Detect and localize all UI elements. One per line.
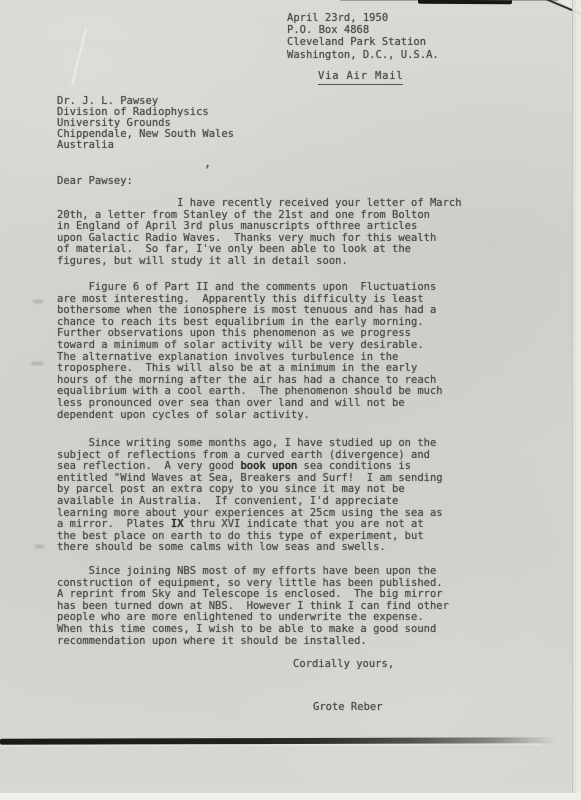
body-paragraph-2: Figure 6 of Part II and the comments upo… xyxy=(57,282,443,421)
bottom-fold-highlight xyxy=(0,743,541,746)
paper-crease xyxy=(71,29,87,86)
recipient-address-block: Dr. J. L. Pawsey Division of Radiophysic… xyxy=(57,96,234,151)
via-air-mail-label: Via Air Mail xyxy=(318,71,403,85)
closing-line: Cordially yours, xyxy=(293,659,394,671)
top-edge-black-bar xyxy=(418,0,512,4)
scan-smudge xyxy=(33,300,43,303)
sender-address-block: April 23rd, 1950 P.O. Box 4868 Cleveland… xyxy=(287,12,439,61)
scan-smudge xyxy=(31,362,43,365)
scanned-letter-page: April 23rd, 1950 P.O. Box 4868 Cleveland… xyxy=(0,0,581,800)
body-paragraph-4: Since joining NBS most of my efforts hav… xyxy=(57,566,449,647)
body-paragraph-3: Since writing some months ago, I have st… xyxy=(57,438,443,554)
scan-smudge xyxy=(35,545,44,548)
body-paragraph-1: I have recently received your letter of … xyxy=(57,198,462,268)
page-right-edge xyxy=(572,0,581,800)
scan-bottom-background xyxy=(0,793,581,800)
typed-signature: Grote Reber xyxy=(313,702,383,714)
stray-pen-mark: , xyxy=(204,158,211,170)
salutation: Dear Pawsey: xyxy=(57,176,133,188)
